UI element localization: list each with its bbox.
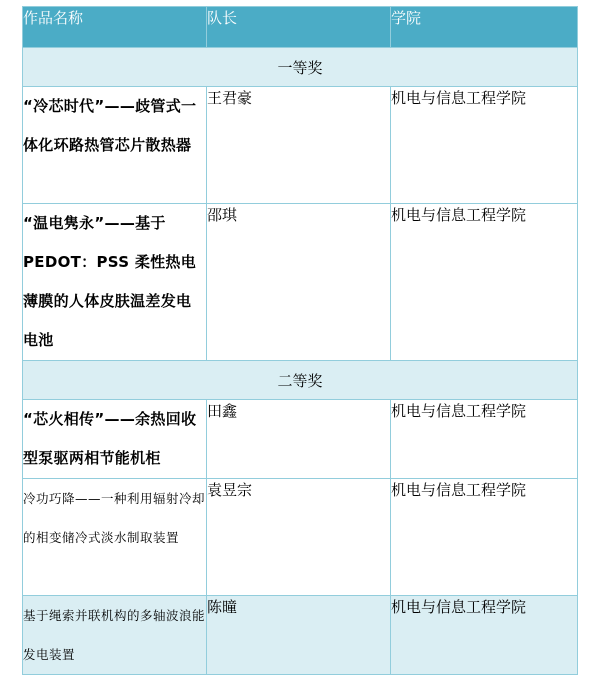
work-name-cell: “芯火相传”——余热回收型泵驱两相节能机柜 xyxy=(23,400,207,479)
section-row-first-prize: 一等奖 xyxy=(23,48,578,87)
work-name-cell: 冷功巧降——一种利用辐射冷却的相变储冷式淡水制取装置 xyxy=(23,479,207,596)
work-name-cell: 基于绳索并联机构的多轴波浪能发电装置 xyxy=(23,596,207,675)
work-name: “芯火相传”——余热回收型泵驱两相节能机柜 xyxy=(23,400,206,478)
header-work-name: 作品名称 xyxy=(23,7,207,48)
section-title: 一等奖 xyxy=(23,48,578,87)
awards-table: 作品名称 队长 学院 一等奖 “冷芯时代”——歧管式一体化环路热管芯片散热器 王… xyxy=(22,6,578,675)
work-name: “冷芯时代”——歧管式一体化环路热管芯片散热器 xyxy=(23,87,206,165)
work-name: 冷功巧降——一种利用辐射冷却的相变储冷式淡水制取装置 xyxy=(23,479,206,557)
section-row-second-prize: 二等奖 xyxy=(23,361,578,400)
leader-cell: 田鑫 xyxy=(207,400,391,479)
college-cell: 机电与信息工程学院 xyxy=(391,479,578,596)
college-cell: 机电与信息工程学院 xyxy=(391,87,578,204)
table-row: 基于绳索并联机构的多轴波浪能发电装置 陈曈 机电与信息工程学院 xyxy=(23,596,578,675)
leader-cell: 袁昱宗 xyxy=(207,479,391,596)
work-name-cell: “冷芯时代”——歧管式一体化环路热管芯片散热器 xyxy=(23,87,207,204)
work-name: 基于绳索并联机构的多轴波浪能发电装置 xyxy=(23,596,206,674)
leader-cell: 邵琪 xyxy=(207,204,391,361)
table-row: 冷功巧降——一种利用辐射冷却的相变储冷式淡水制取装置 袁昱宗 机电与信息工程学院 xyxy=(23,479,578,596)
header-leader: 队长 xyxy=(207,7,391,48)
college-cell: 机电与信息工程学院 xyxy=(391,400,578,479)
table-row: “冷芯时代”——歧管式一体化环路热管芯片散热器 王君豪 机电与信息工程学院 xyxy=(23,87,578,204)
table-row: “芯火相传”——余热回收型泵驱两相节能机柜 田鑫 机电与信息工程学院 xyxy=(23,400,578,479)
leader-cell: 王君豪 xyxy=(207,87,391,204)
leader-cell: 陈曈 xyxy=(207,596,391,675)
college-cell: 机电与信息工程学院 xyxy=(391,596,578,675)
college-cell: 机电与信息工程学院 xyxy=(391,204,578,361)
section-title: 二等奖 xyxy=(23,361,578,400)
work-name: “温电隽永”——基于PEDOT：PSS 柔性热电薄膜的人体皮肤温差发电电池 xyxy=(23,204,206,360)
work-name-cell: “温电隽永”——基于PEDOT：PSS 柔性热电薄膜的人体皮肤温差发电电池 xyxy=(23,204,207,361)
table-row: “温电隽永”——基于PEDOT：PSS 柔性热电薄膜的人体皮肤温差发电电池 邵琪… xyxy=(23,204,578,361)
table-header: 作品名称 队长 学院 xyxy=(23,7,578,48)
header-college: 学院 xyxy=(391,7,578,48)
